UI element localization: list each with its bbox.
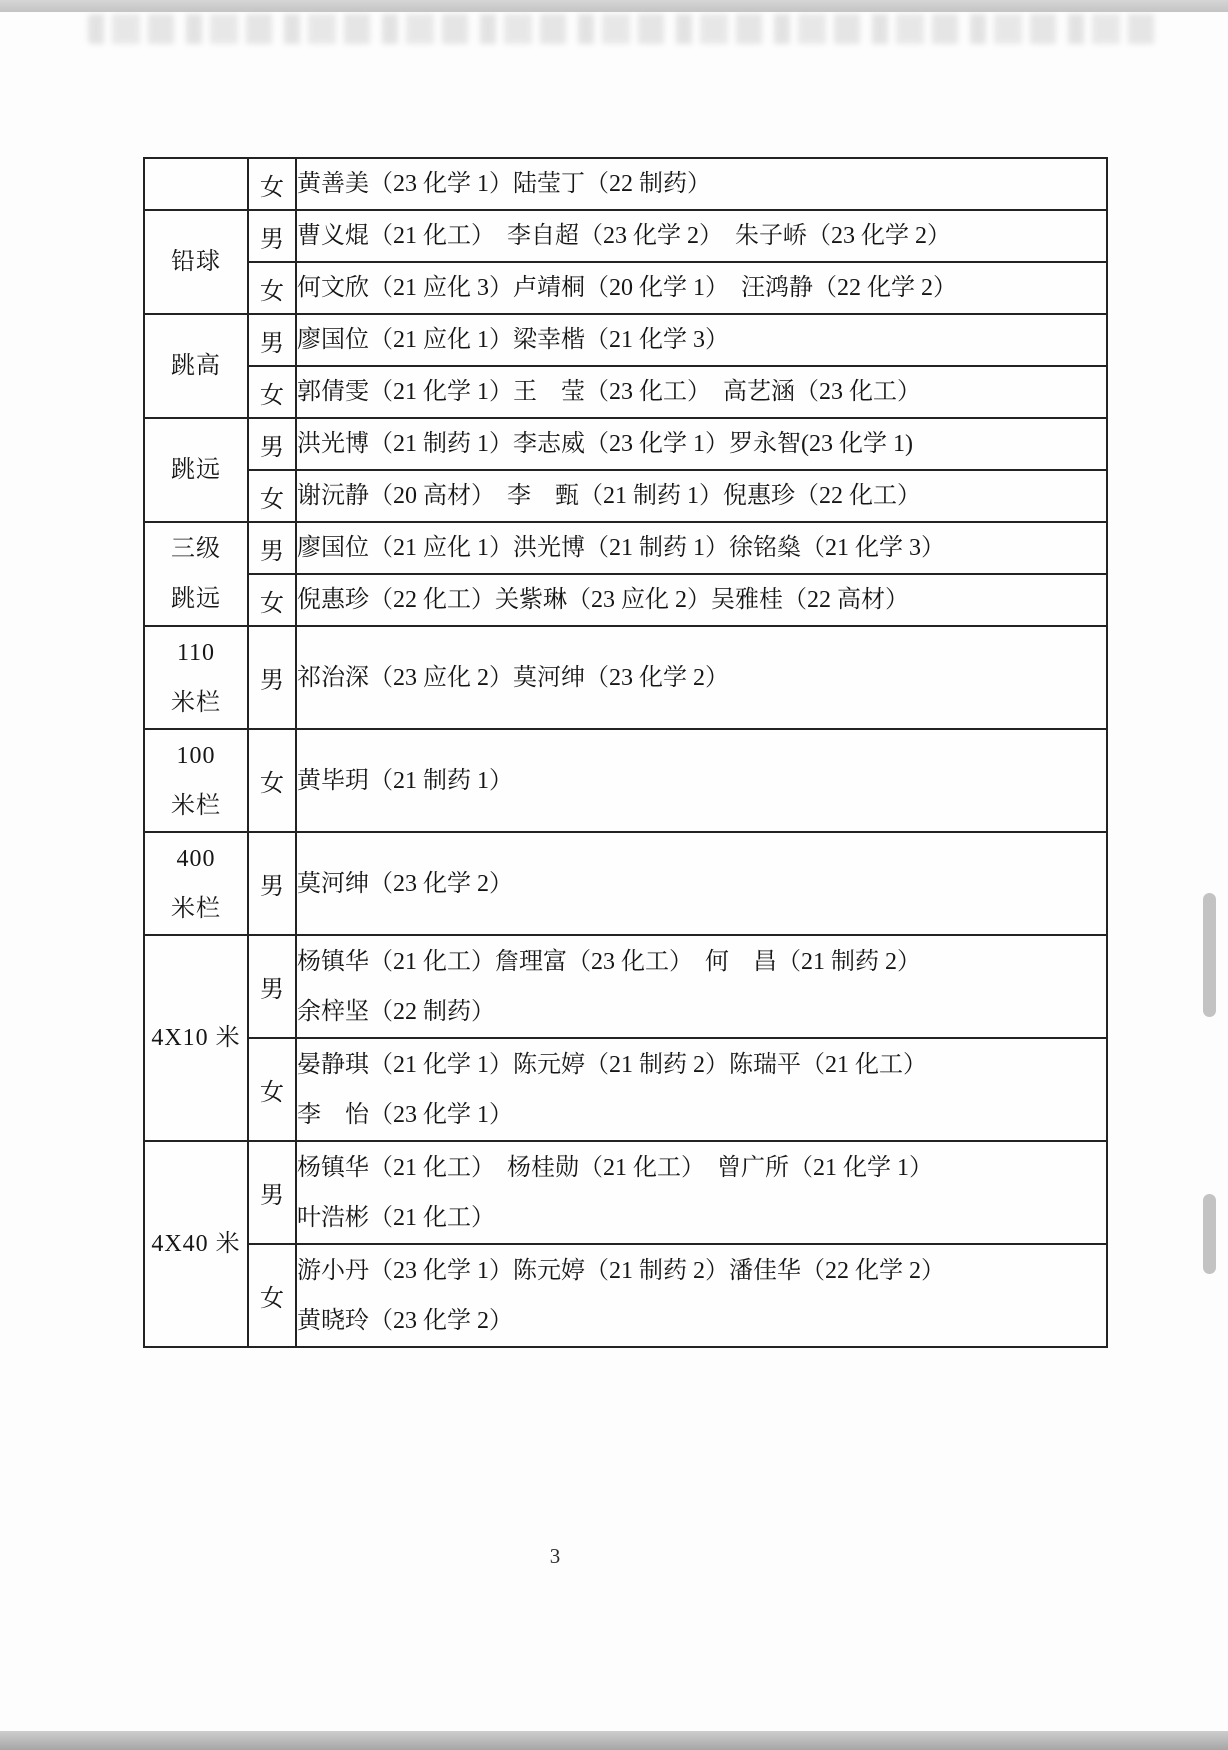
event-label: 跳远 xyxy=(145,445,247,495)
event-cell: 铅球 xyxy=(144,210,248,314)
gender-cell: 女 xyxy=(248,1038,296,1141)
table-row: 三级跳远男廖国位（21 应化 1）洪光博（21 制药 1）徐铭燊（21 化学 3… xyxy=(144,522,1107,574)
participants-line: 谢沅静（20 高材） 李 甄（21 制药 1）倪惠珍（22 化工） xyxy=(297,471,1106,521)
participants-cell: 游小丹（23 化学 1）陈元婷（21 制药 2）潘佳华（22 化学 2）黄晓玲（… xyxy=(296,1244,1107,1347)
participants-cell: 祁治深（23 应化 2）莫河绅（23 化学 2） xyxy=(296,626,1107,729)
participants-line: 倪惠珍（22 化工）关紫琳（23 应化 2）吴雅桂（22 高材） xyxy=(297,575,1106,625)
event-label: 跳远 xyxy=(145,574,247,624)
event-cell: 100米栏 xyxy=(144,729,248,832)
gender-cell: 男 xyxy=(248,210,296,262)
participants-cell: 晏静琪（21 化学 1）陈元婷（21 制药 2）陈瑞平（21 化工）李 怡（23… xyxy=(296,1038,1107,1141)
scrollbar-thumb-lower[interactable] xyxy=(1203,1194,1216,1274)
event-cell: 跳远 xyxy=(144,418,248,522)
participants-line: 黄毕玥（21 制药 1） xyxy=(297,756,1106,806)
participants-line: 杨镇华（21 化工） 杨桂勋（21 化工） 曾广所（21 化学 1） xyxy=(297,1143,1106,1193)
gender-cell: 男 xyxy=(248,314,296,366)
table-row: 100米栏女黄毕玥（21 制药 1） xyxy=(144,729,1107,832)
event-cell: 400米栏 xyxy=(144,832,248,935)
event-label: 400 xyxy=(145,834,247,884)
gender-cell: 男 xyxy=(248,418,296,470)
page-number: 3 xyxy=(540,1544,570,1569)
event-cell: 4X10 米 xyxy=(144,935,248,1141)
participants-cell: 廖国位（21 应化 1）洪光博（21 制药 1）徐铭燊（21 化学 3） xyxy=(296,522,1107,574)
participants-cell: 曹义焜（21 化工） 李自超（23 化学 2） 朱子峤（23 化学 2） xyxy=(296,210,1107,262)
gender-cell: 男 xyxy=(248,832,296,935)
participants-line: 黄善美（23 化学 1）陆莹丁（22 制药） xyxy=(297,159,1106,209)
gender-cell: 女 xyxy=(248,470,296,522)
gender-cell: 男 xyxy=(248,935,296,1038)
gender-cell: 女 xyxy=(248,366,296,418)
scrollbar-thumb-upper[interactable] xyxy=(1203,893,1216,1017)
participants-line: 莫河绅（23 化学 2） xyxy=(297,859,1106,909)
event-label: 米栏 xyxy=(145,884,247,934)
table-row: 110米栏男祁治深（23 应化 2）莫河绅（23 化学 2） xyxy=(144,626,1107,729)
event-label: 米栏 xyxy=(145,678,247,728)
participants-cell: 何文欣（21 应化 3）卢靖桐（20 化学 1） 汪鸿静（22 化学 2） xyxy=(296,262,1107,314)
event-cell: 110米栏 xyxy=(144,626,248,729)
table-row: 女晏静琪（21 化学 1）陈元婷（21 制药 2）陈瑞平（21 化工）李 怡（2… xyxy=(144,1038,1107,1141)
event-label: 110 xyxy=(145,628,247,678)
table-row: 跳高男廖国位（21 应化 1）梁幸楷（21 化学 3） xyxy=(144,314,1107,366)
participants-line: 廖国位（21 应化 1）梁幸楷（21 化学 3） xyxy=(297,315,1106,365)
table-row: 4X40 米男杨镇华（21 化工） 杨桂勋（21 化工） 曾广所（21 化学 1… xyxy=(144,1141,1107,1244)
event-label: 三级 xyxy=(145,524,247,574)
participants-line: 杨镇华（21 化工）詹理富（23 化工） 何 昌（21 制药 2） xyxy=(297,937,1106,987)
table-row: 铅球男曹义焜（21 化工） 李自超（23 化学 2） 朱子峤（23 化学 2） xyxy=(144,210,1107,262)
table-row: 4X10 米男杨镇华（21 化工）詹理富（23 化工） 何 昌（21 制药 2）… xyxy=(144,935,1107,1038)
participants-line: 曹义焜（21 化工） 李自超（23 化学 2） 朱子峤（23 化学 2） xyxy=(297,211,1106,261)
event-label: 4X40 米 xyxy=(145,1219,247,1269)
gender-cell: 女 xyxy=(248,1244,296,1347)
window-edge-top xyxy=(0,0,1228,12)
gender-cell: 女 xyxy=(248,262,296,314)
event-cell: 跳高 xyxy=(144,314,248,418)
events-roster-table: 女黄善美（23 化学 1）陆莹丁（22 制药）铅球男曹义焜（21 化工） 李自超… xyxy=(143,157,1108,1348)
participants-cell: 洪光博（21 制药 1）李志威（23 化学 1）罗永智(23 化学 1) xyxy=(296,418,1107,470)
participants-cell: 倪惠珍（22 化工）关紫琳（23 应化 2）吴雅桂（22 高材） xyxy=(296,574,1107,626)
event-label: 100 xyxy=(145,731,247,781)
event-cell: 4X40 米 xyxy=(144,1141,248,1347)
participants-line: 游小丹（23 化学 1）陈元婷（21 制药 2）潘佳华（22 化学 2） xyxy=(297,1246,1106,1296)
gender-cell: 女 xyxy=(248,158,296,210)
table-row: 400米栏男莫河绅（23 化学 2） xyxy=(144,832,1107,935)
participants-line: 何文欣（21 应化 3）卢靖桐（20 化学 1） 汪鸿静（22 化学 2） xyxy=(297,263,1106,313)
participants-cell: 黄善美（23 化学 1）陆莹丁（22 制药） xyxy=(296,158,1107,210)
gender-cell: 女 xyxy=(248,729,296,832)
participants-line: 洪光博（21 制药 1）李志威（23 化学 1）罗永智(23 化学 1) xyxy=(297,419,1106,469)
table-row: 女倪惠珍（22 化工）关紫琳（23 应化 2）吴雅桂（22 高材） xyxy=(144,574,1107,626)
participants-cell: 杨镇华（21 化工）詹理富（23 化工） 何 昌（21 制药 2）余梓坚（22 … xyxy=(296,935,1107,1038)
participants-line: 黄晓玲（23 化学 2） xyxy=(297,1296,1106,1346)
participants-cell: 杨镇华（21 化工） 杨桂勋（21 化工） 曾广所（21 化学 1）叶浩彬（21… xyxy=(296,1141,1107,1244)
participants-cell: 廖国位（21 应化 1）梁幸楷（21 化学 3） xyxy=(296,314,1107,366)
window-edge-bottom xyxy=(0,1731,1228,1750)
gender-cell: 男 xyxy=(248,522,296,574)
table-row: 女黄善美（23 化学 1）陆莹丁（22 制药） xyxy=(144,158,1107,210)
participants-line: 李 怡（23 化学 1） xyxy=(297,1090,1106,1140)
table-row: 女何文欣（21 应化 3）卢靖桐（20 化学 1） 汪鸿静（22 化学 2） xyxy=(144,262,1107,314)
gender-cell: 女 xyxy=(248,574,296,626)
table-row: 女谢沅静（20 高材） 李 甄（21 制药 1）倪惠珍（22 化工） xyxy=(144,470,1107,522)
participants-line: 廖国位（21 应化 1）洪光博（21 制药 1）徐铭燊（21 化学 3） xyxy=(297,523,1106,573)
table-row: 女游小丹（23 化学 1）陈元婷（21 制药 2）潘佳华（22 化学 2）黄晓玲… xyxy=(144,1244,1107,1347)
participants-line: 余梓坚（22 制药） xyxy=(297,987,1106,1037)
event-label: 4X10 米 xyxy=(145,1013,247,1063)
participants-cell: 郭倩雯（21 化学 1）王 莹（23 化工） 高艺涵（23 化工） xyxy=(296,366,1107,418)
previous-page-bleed-through xyxy=(88,14,1160,44)
event-cell: 三级跳远 xyxy=(144,522,248,626)
event-label: 米栏 xyxy=(145,781,247,831)
participants-cell: 黄毕玥（21 制药 1） xyxy=(296,729,1107,832)
gender-cell: 男 xyxy=(248,1141,296,1244)
participants-cell: 莫河绅（23 化学 2） xyxy=(296,832,1107,935)
document-page: 女黄善美（23 化学 1）陆莹丁（22 制药）铅球男曹义焜（21 化工） 李自超… xyxy=(0,0,1228,1750)
participants-line: 叶浩彬（21 化工） xyxy=(297,1193,1106,1243)
participants-line: 晏静琪（21 化学 1）陈元婷（21 制药 2）陈瑞平（21 化工） xyxy=(297,1040,1106,1090)
participants-line: 郭倩雯（21 化学 1）王 莹（23 化工） 高艺涵（23 化工） xyxy=(297,367,1106,417)
table-row: 女郭倩雯（21 化学 1）王 莹（23 化工） 高艺涵（23 化工） xyxy=(144,366,1107,418)
event-label: 铅球 xyxy=(145,237,247,287)
event-label: 跳高 xyxy=(145,341,247,391)
events-table-body: 女黄善美（23 化学 1）陆莹丁（22 制药）铅球男曹义焜（21 化工） 李自超… xyxy=(144,158,1107,1347)
participants-line: 祁治深（23 应化 2）莫河绅（23 化学 2） xyxy=(297,653,1106,703)
gender-cell: 男 xyxy=(248,626,296,729)
event-cell xyxy=(144,158,248,210)
participants-cell: 谢沅静（20 高材） 李 甄（21 制药 1）倪惠珍（22 化工） xyxy=(296,470,1107,522)
table-row: 跳远男洪光博（21 制药 1）李志威（23 化学 1）罗永智(23 化学 1) xyxy=(144,418,1107,470)
